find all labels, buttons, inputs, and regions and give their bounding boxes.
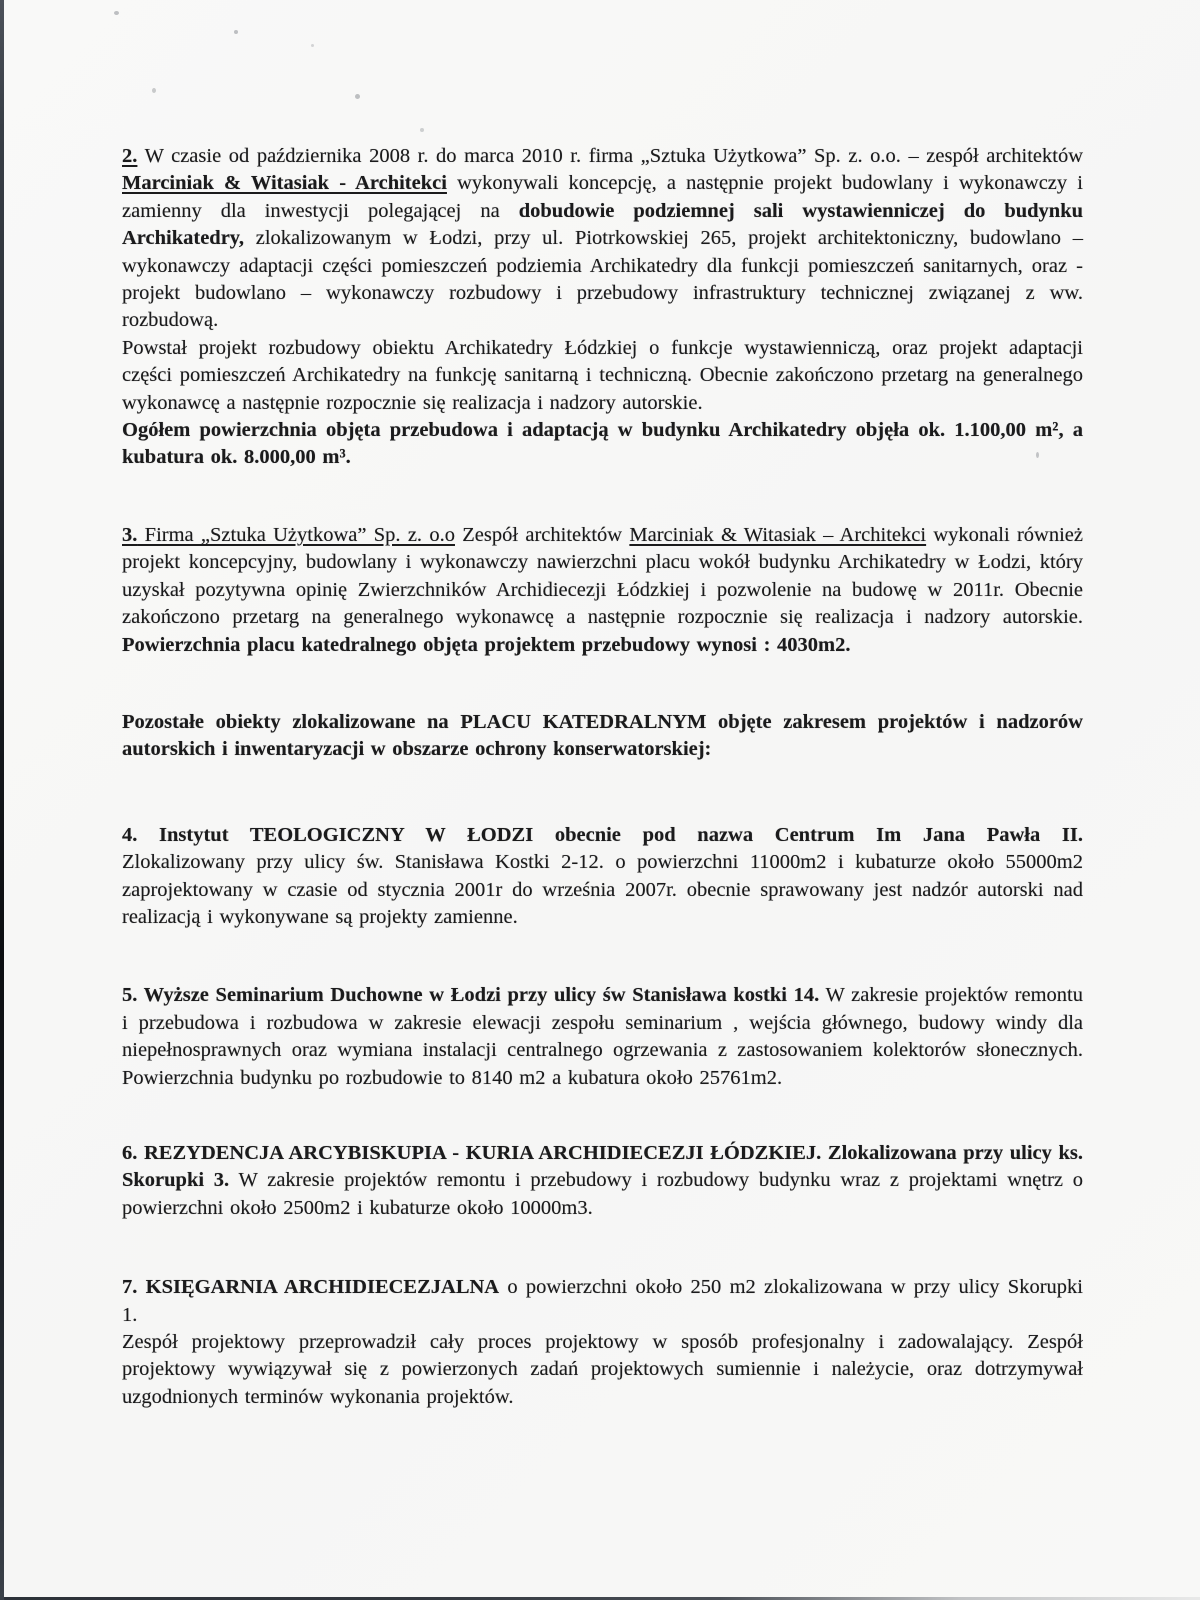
text-segment: 2. [122,145,137,167]
text-chunk: Ogółem powierzchnia objęta przebudowa i … [122,417,1083,472]
text-segment: Zespół projektowy przeprowadził cały pro… [122,1331,1083,1408]
text-chunk: 4. Instytut TEOLOGICZNY W ŁODZI obecnie … [122,822,1083,849]
paragraph-4: 4. Instytut TEOLOGICZNY W ŁODZI obecnie … [122,822,1083,932]
paragraph-2: 2. W czasie od października 2008 r. do m… [122,143,1083,472]
text-segment: Marciniak & Witasiak - Architekci [122,172,447,194]
paragraph-5: 5. Wyższe Seminarium Duchowne w Łodzi pr… [122,982,1083,1092]
text-segment: Firma „Sztuka Użytkowa” Sp. z. o.o [137,524,455,546]
text-chunk: 7. KSIĘGARNIA ARCHIDIECEZJALNA o powierz… [122,1274,1083,1329]
text-chunk: Zlokalizowany przy ulicy św. Stanisława … [122,849,1083,931]
text-segment: Zlokalizowany przy ulicy św. Stanisława … [122,851,1083,928]
text-chunk: Zespół projektowy przeprowadził cały pro… [122,1329,1083,1411]
paragraph-7: 7. KSIĘGARNIA ARCHIDIECEZJALNA o powierz… [122,1274,1083,1411]
text-segment: W zakresie projektów remontu i przebudow… [122,1169,1083,1218]
text-segment: Pozostałe obiekty zlokalizowane na PLACU… [122,711,1083,760]
text-chunk: Powstał projekt rozbudowy obiektu Archik… [122,335,1083,417]
text-segment: zlokalizowanym w Łodzi, przy ul. Piotrko… [122,227,1083,331]
text-chunk: Pozostałe obiekty zlokalizowane na PLACU… [122,709,1083,764]
text-segment: 5. Wyższe Seminarium Duchowne w Łodzi pr… [122,984,819,1006]
text-segment: Marciniak & Witasiak – Architekci [629,524,926,546]
scanned-page: 2. W czasie od października 2008 r. do m… [0,0,1200,1600]
text-chunk: 5. Wyższe Seminarium Duchowne w Łodzi pr… [122,982,1083,1092]
paragraph-pozostale: Pozostałe obiekty zlokalizowane na PLACU… [122,709,1083,764]
text-segment: Zespół architektów [455,524,629,546]
text-segment: 7. KSIĘGARNIA ARCHIDIECEZJALNA [122,1276,499,1298]
paragraph-3: 3. Firma „Sztuka Użytkowa” Sp. z. o.o Ze… [122,522,1083,659]
text-segment: 4. Instytut TEOLOGICZNY W ŁODZI obecnie … [122,824,1083,846]
text-segment: W czasie od października 2008 r. do marc… [137,145,1083,167]
text-chunk: 6. REZYDENCJA ARCYBISKUPIA - KURIA ARCHI… [122,1140,1083,1222]
scanner-edge-left [0,0,4,1600]
text-segment: Ogółem powierzchnia objęta przebudowa i … [122,419,1083,468]
document-body: 2. W czasie od października 2008 r. do m… [0,0,1200,1411]
text-segment: Powierzchnia placu katedralnego objęta p… [122,634,851,656]
text-segment: 3. [122,524,137,546]
text-chunk: 3. Firma „Sztuka Użytkowa” Sp. z. o.o Ze… [122,522,1083,659]
paragraph-6: 6. REZYDENCJA ARCYBISKUPIA - KURIA ARCHI… [122,1140,1083,1222]
text-chunk: 2. W czasie od października 2008 r. do m… [122,143,1083,335]
text-segment: Powstał projekt rozbudowy obiektu Archik… [122,337,1083,414]
